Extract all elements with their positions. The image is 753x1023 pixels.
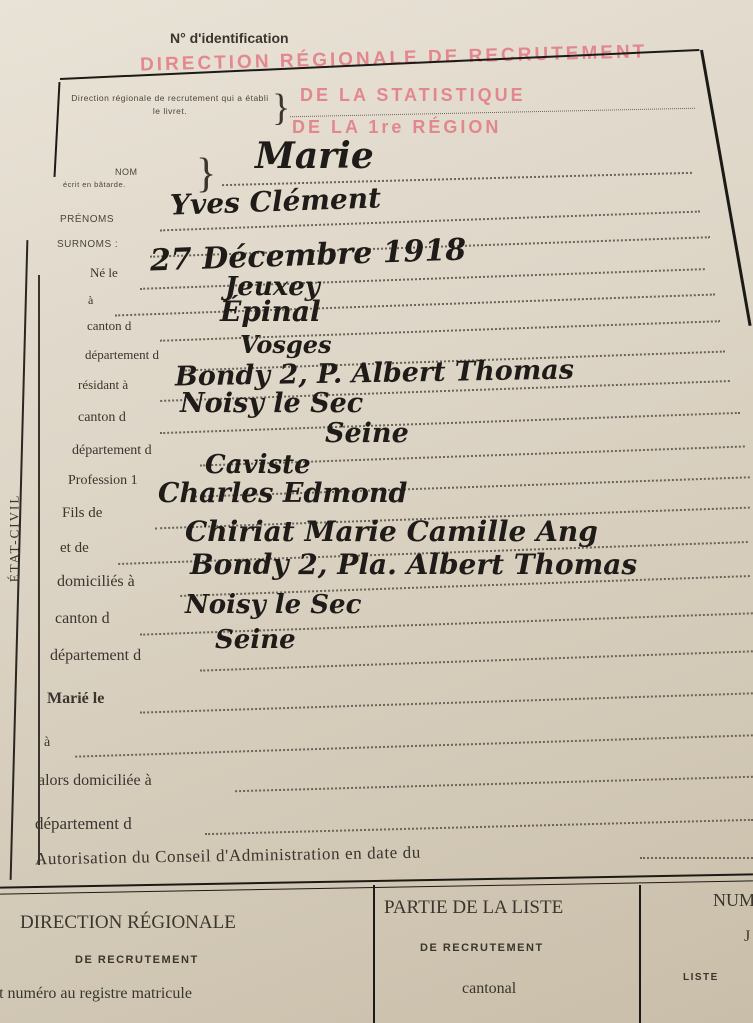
departement-label: département d — [85, 347, 159, 363]
prenoms-value: Yves Clément — [169, 181, 381, 221]
footer-col3-subtitle: J — [744, 928, 750, 946]
departement-residence-label: département d — [72, 443, 152, 459]
etat-civil-label: ÉTAT-CIVIL — [6, 494, 22, 583]
canton-label: canton d — [87, 318, 131, 334]
et-de-value: Chiriat Marie Camille Ang — [185, 515, 598, 548]
canton-parents-value: Noisy le Sec — [185, 590, 361, 620]
brace-icon: } — [272, 86, 290, 130]
frame-left-border — [54, 82, 61, 177]
residant-label: résidant à — [78, 377, 128, 393]
footer-col1-note: et numéro au registre matricule — [0, 985, 192, 1003]
profession-value: Caviste — [205, 450, 311, 480]
nom-sublabel: écrit en bâtarde. — [63, 180, 126, 189]
et-de-label: et de — [60, 540, 89, 557]
profession-label: Profession 1 — [68, 473, 138, 489]
departement-marriage-label: département d — [35, 814, 132, 834]
domicilies-label: domiciliés à — [57, 573, 135, 591]
canton-parents-label: canton d — [55, 610, 110, 628]
marie-le-label: Marié le — [47, 690, 104, 708]
marie-a-dotted-line — [75, 734, 753, 757]
fils-de-value: Charles Edmond — [158, 478, 407, 509]
direction-dotted-line — [290, 108, 695, 117]
a-dotted-line — [115, 294, 715, 317]
alors-domiciliee-dotted-line — [235, 776, 753, 792]
nom-label: NOM — [115, 167, 138, 177]
id-number-label: N° d'identification — [170, 30, 289, 46]
domicilies-value: Bondy 2, Pla. Albert Thomas — [190, 548, 637, 581]
surnoms-label: SURNOMS : — [57, 239, 118, 250]
prenoms-label: PRÉNOMS — [60, 214, 114, 225]
departement-parents-label: département d — [50, 647, 141, 665]
autorisation-label: Autorisation du Conseil d'Administration… — [35, 843, 421, 870]
a-label: à — [88, 293, 93, 308]
footer-col3-note: LISTE — [683, 972, 719, 983]
canton-value: Épinal — [220, 295, 321, 328]
ne-le-label: Né le — [90, 265, 118, 281]
direction-label: Direction régionale de recrutement qui a… — [70, 92, 270, 118]
footer-col2-note: cantonal — [462, 980, 516, 998]
footer-column-divider-2 — [639, 885, 641, 1023]
alors-domiciliee-label: alors domiciliée à — [38, 772, 152, 790]
footer-col1-subtitle: DE RECRUTEMENT — [75, 954, 199, 966]
fils-de-label: Fils de — [62, 505, 102, 522]
footer-col1-title: DIRECTION RÉGIONALE — [20, 912, 236, 934]
departement-marriage-dotted-line — [205, 819, 753, 835]
marie-a-label: à — [44, 735, 50, 751]
departement-value: Vosges — [240, 330, 332, 359]
departement-residence-value: Seine — [325, 418, 409, 449]
canton-residence-label: canton d — [78, 410, 126, 426]
footer-col2-title: PARTIE DE LA LISTE — [384, 897, 563, 919]
stamp-line-2: DE LA STATISTIQUE — [300, 85, 526, 106]
autorisation-dotted-line — [640, 857, 753, 859]
nom-value: Marie — [255, 135, 374, 177]
marie-le-dotted-line — [140, 692, 753, 713]
frame-right-border — [700, 50, 752, 326]
footer-col2-subtitle: DE RECRUTEMENT — [420, 942, 544, 954]
footer-col3-title: NUM — [713, 890, 753, 911]
footer-column-divider-1 — [373, 885, 375, 1023]
canton-residence-value: Noisy le Sec — [180, 388, 363, 419]
departement-parents-value: Seine — [215, 625, 296, 655]
